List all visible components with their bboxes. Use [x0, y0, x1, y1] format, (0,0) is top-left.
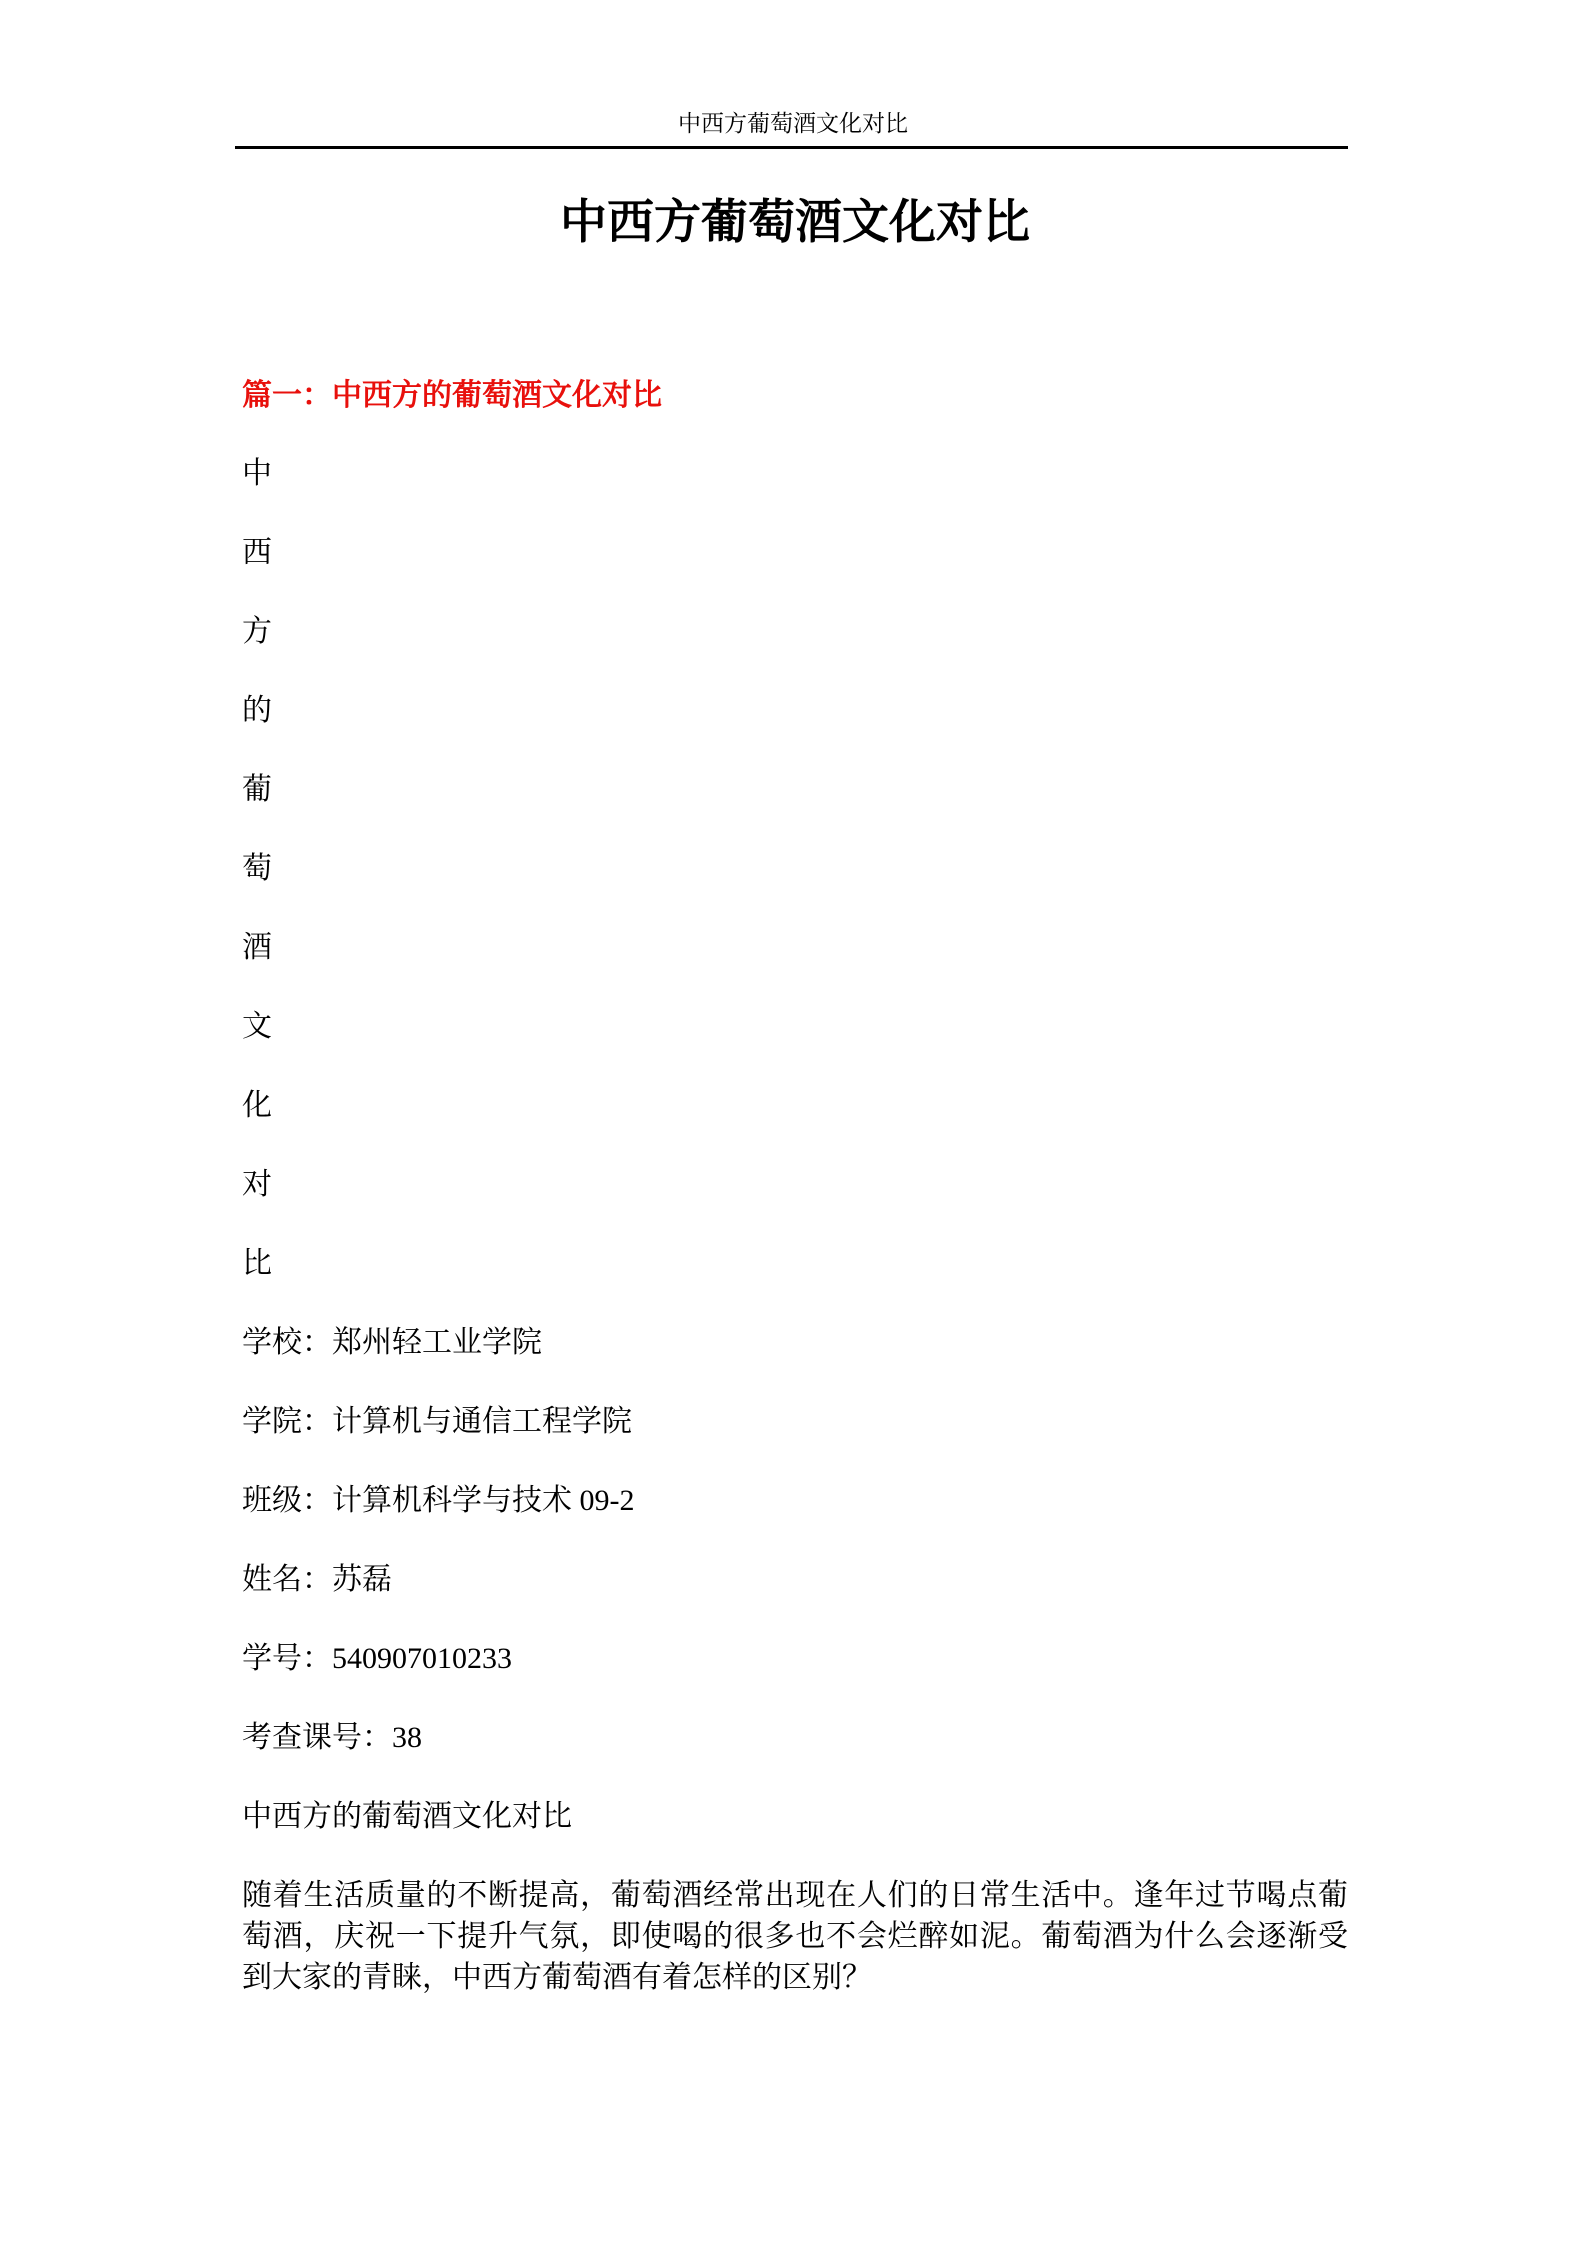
info-line-subtitle: 中西方的葡萄酒文化对比 [242, 1796, 1348, 1837]
document-title: 中西方葡萄酒文化对比 [242, 198, 1348, 248]
vertical-char-line: 化 [242, 1085, 1348, 1126]
document-page: 中西方葡萄酒文化对比 中西方葡萄酒文化对比 篇一：中西方的葡萄酒文化对比 中 西… [0, 0, 1586, 2244]
header-rule [235, 146, 1348, 149]
running-header-text: 中西方葡萄酒文化对比 [678, 111, 908, 136]
info-line-class: 班级：计算机科学与技术 09-2 [242, 1480, 1348, 1521]
info-line-school: 学校：郑州轻工业学院 [242, 1322, 1348, 1363]
running-header: 中西方葡萄酒文化对比 [0, 0, 1586, 136]
section-heading: 篇一：中西方的葡萄酒文化对比 [242, 376, 1348, 416]
vertical-char-line: 文 [242, 1006, 1348, 1047]
document-content: 中西方葡萄酒文化对比 篇一：中西方的葡萄酒文化对比 中 西 方 的 葡 萄 酒 … [242, 198, 1348, 1998]
vertical-char-line: 酒 [242, 927, 1348, 968]
vertical-char-line: 中 [242, 453, 1348, 494]
info-line-name: 姓名：苏磊 [242, 1559, 1348, 1600]
vertical-char-line: 比 [242, 1243, 1348, 1284]
body-paragraph: 随着生活质量的不断提高，葡萄酒经常出现在人们的日常生活中。逢年过节喝点葡萄酒，庆… [242, 1875, 1348, 1998]
vertical-char-line: 对 [242, 1164, 1348, 1205]
vertical-char-line: 西 [242, 532, 1348, 573]
info-line-course-no: 考查课号：38 [242, 1717, 1348, 1758]
vertical-char-line: 的 [242, 690, 1348, 731]
vertical-char-line: 葡 [242, 769, 1348, 810]
info-line-college: 学院：计算机与通信工程学院 [242, 1401, 1348, 1442]
info-line-student-id: 学号：540907010233 [242, 1638, 1348, 1679]
vertical-char-line: 方 [242, 611, 1348, 652]
vertical-char-line: 萄 [242, 848, 1348, 889]
